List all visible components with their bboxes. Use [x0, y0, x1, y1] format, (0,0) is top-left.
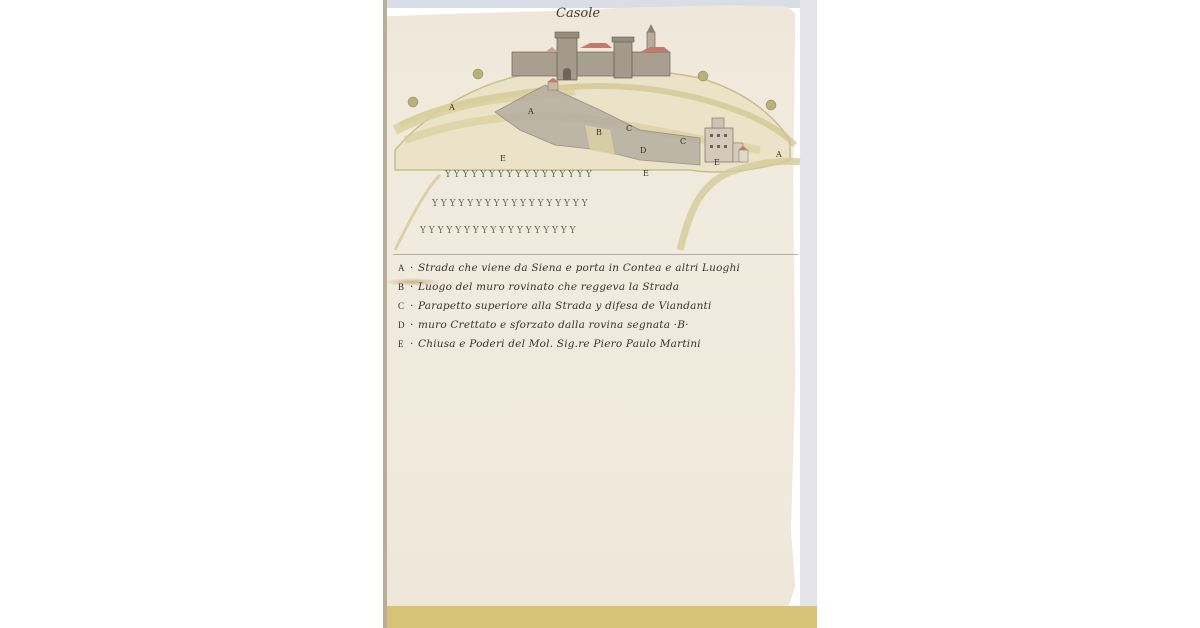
legend-key: E	[398, 339, 410, 349]
svg-text:E: E	[714, 158, 720, 167]
legend-key: A	[398, 263, 410, 273]
svg-text:D: D	[640, 146, 646, 155]
legend-text: Chiusa e Poderi del Mol. Sig.re Piero Pa…	[418, 338, 701, 350]
legend-text: Parapetto superiore alla Strada y difesa…	[418, 300, 712, 312]
svg-text:A: A	[775, 150, 782, 159]
svg-text:C: C	[680, 137, 686, 146]
svg-text:C: C	[626, 124, 632, 133]
svg-text:A: A	[527, 107, 534, 116]
legend-item-c: C · Parapetto superiore alla Strada y di…	[398, 300, 798, 319]
svg-text:E: E	[643, 169, 649, 178]
legend-separator: ·	[410, 300, 418, 312]
legend-text: muro Crettato e sforzato dalla rovina se…	[418, 319, 689, 331]
town-drawing: Y Y Y Y Y Y Y Y Y Y Y Y Y Y Y Y Y Y Y Y …	[383, 0, 817, 260]
legend-item-d: D · muro Crettato e sforzato dalla rovin…	[398, 319, 798, 338]
svg-text:Y Y Y Y Y Y Y Y Y Y Y Y Y Y Y: Y Y Y Y Y Y Y Y Y Y Y Y Y Y Y Y Y Y	[431, 199, 589, 209]
legend-separator: ·	[410, 319, 418, 331]
svg-text:E: E	[500, 154, 506, 163]
scan-backdrop-bottom	[383, 606, 817, 628]
legend-item-b: B · Luogo del muro rovinato che reggeva …	[398, 281, 798, 300]
svg-text:B: B	[596, 128, 602, 137]
legend-text: Strada che viene da Siena e porta in Con…	[418, 262, 740, 274]
legend-separator: ·	[410, 281, 418, 293]
legend-item-a: A · Strada che viene da Siena e porta in…	[398, 262, 798, 281]
legend-item-e: E · Chiusa e Poderi del Mol. Sig.re Pier…	[398, 338, 798, 357]
legend: A · Strada che viene da Siena e porta in…	[398, 262, 798, 357]
legend-separator: ·	[410, 262, 418, 274]
legend-key: B	[398, 282, 410, 292]
legend-text: Luogo del muro rovinato che reggeva la S…	[418, 281, 679, 293]
drawing-border-line	[393, 254, 798, 255]
svg-text:Y Y Y Y Y Y Y Y Y Y Y Y Y Y Y: Y Y Y Y Y Y Y Y Y Y Y Y Y Y Y Y Y	[444, 170, 593, 180]
legend-key: D	[398, 320, 410, 330]
legend-key: C	[398, 301, 410, 311]
legend-separator: ·	[410, 338, 418, 350]
svg-text:Y Y Y Y Y Y Y Y Y Y Y Y Y Y Y: Y Y Y Y Y Y Y Y Y Y Y Y Y Y Y Y Y Y	[419, 226, 577, 236]
svg-text:A: A	[448, 103, 455, 112]
